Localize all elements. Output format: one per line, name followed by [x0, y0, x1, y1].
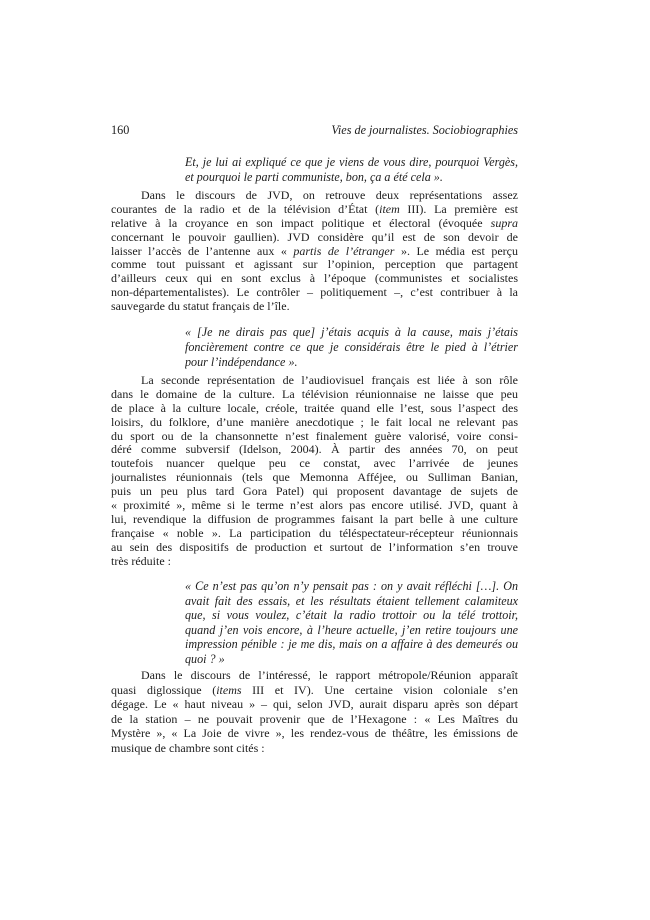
text-line: foncièrement contre ce que je considérai…: [185, 340, 518, 355]
text-line: d’ailleurs ceux qui en sont exclus à l’é…: [111, 272, 518, 286]
text-line: « Ce n’est pas qu’on n’y pensait pas : o…: [185, 579, 518, 594]
text-line: sauvegarde du statut français de l’île.: [111, 300, 518, 314]
text-line: quoi ? »: [185, 652, 518, 667]
text-line: Dans le discours de JVD, on retrouve deu…: [111, 189, 518, 203]
body-paragraph-1: Dans le discours de JVD, on retrouve deu…: [111, 189, 518, 314]
quote-block-3: « Ce n’est pas qu’on n’y pensait pas : o…: [185, 579, 518, 667]
text-line: « proximité », même si le terme n’est al…: [111, 499, 518, 513]
quote-block-2: « [Je ne dirais pas que] j’étais acquis …: [185, 325, 518, 370]
text-line: du sport ou de la chansonnette n’est fin…: [111, 430, 518, 444]
text-line: au sein des dispositifs de production et…: [111, 541, 518, 555]
text-line: La seconde représentation de l’audiovisu…: [111, 374, 518, 388]
text-line: avait fait des essais, et les résultats …: [185, 594, 518, 609]
text-line: laisser l’accès de l’antenne aux « parti…: [111, 245, 518, 259]
text-line: puis un peu plus tard Gora Patel) qui pr…: [111, 485, 518, 499]
text-line: très réduite :: [111, 555, 518, 569]
text-line: relative à la croyance en son impact pol…: [111, 217, 518, 231]
body-paragraph-2: La seconde représentation de l’audiovisu…: [111, 374, 518, 568]
text-line: de place à la culture locale, créole, tr…: [111, 402, 518, 416]
text-line: lui, revendique la diffusion de programm…: [111, 513, 518, 527]
text-line: non-départementalistes). Le contrôler – …: [111, 286, 518, 300]
text-line: pour l’indépendance ».: [185, 355, 518, 370]
text-line: française « noble ». La participation du…: [111, 527, 518, 541]
text-line: comme tout puissant et agissant sur l’op…: [111, 258, 518, 272]
text-line: quasi diglossique (items III et IV). Une…: [111, 683, 518, 698]
text-line: quand j’en vois encore, à l’heure actuel…: [185, 623, 518, 638]
text-line: déré comme subversif (Idelson, 2004). À …: [111, 443, 518, 457]
text-line: journalistes réunionnais (tels que Memon…: [111, 471, 518, 485]
text-line: dégage. Le « haut niveau » – qui, selon …: [111, 697, 518, 712]
running-title: Vies de journalistes. Sociobiographies: [331, 123, 518, 137]
text-line: dans le domaine de la culture. La télévi…: [111, 388, 518, 402]
quote-block-1: Et, je lui ai expliqué ce que je viens d…: [185, 155, 518, 185]
text-line: loisirs, du folklore, d’une manière anec…: [111, 416, 518, 430]
text-line: toutefois nuancer quelque peu ce constat…: [111, 457, 518, 471]
text-line: Et, je lui ai expliqué ce que je viens d…: [185, 155, 518, 170]
text-line: Dans le discours de l’intéressé, le rapp…: [111, 668, 518, 683]
text-line: « [Je ne dirais pas que] j’étais acquis …: [185, 325, 518, 340]
body-paragraph-3: Dans le discours de l’intéressé, le rapp…: [111, 668, 518, 756]
text-line: courantes de la radio et de la télévisio…: [111, 203, 518, 217]
page-header: 160 Vies de journalistes. Sociobiographi…: [111, 123, 518, 137]
text-line: concernant le pouvoir gaullien). JVD con…: [111, 231, 518, 245]
text-line: Mystère », « La Joie de vivre », les ren…: [111, 726, 518, 741]
text-line: et pourquoi le parti communiste, bon, ça…: [185, 170, 518, 185]
document-page: 160 Vies de journalistes. Sociobiographi…: [0, 0, 650, 920]
text-line: musique de chambre sont cités :: [111, 741, 518, 756]
text-line: que, si vous voulez, c’était la radio tr…: [185, 608, 518, 623]
page-number: 160: [111, 123, 129, 137]
text-line: de la station – ne pouvait provenir que …: [111, 712, 518, 727]
text-line: impression pénible : je me dis, mais on …: [185, 637, 518, 652]
